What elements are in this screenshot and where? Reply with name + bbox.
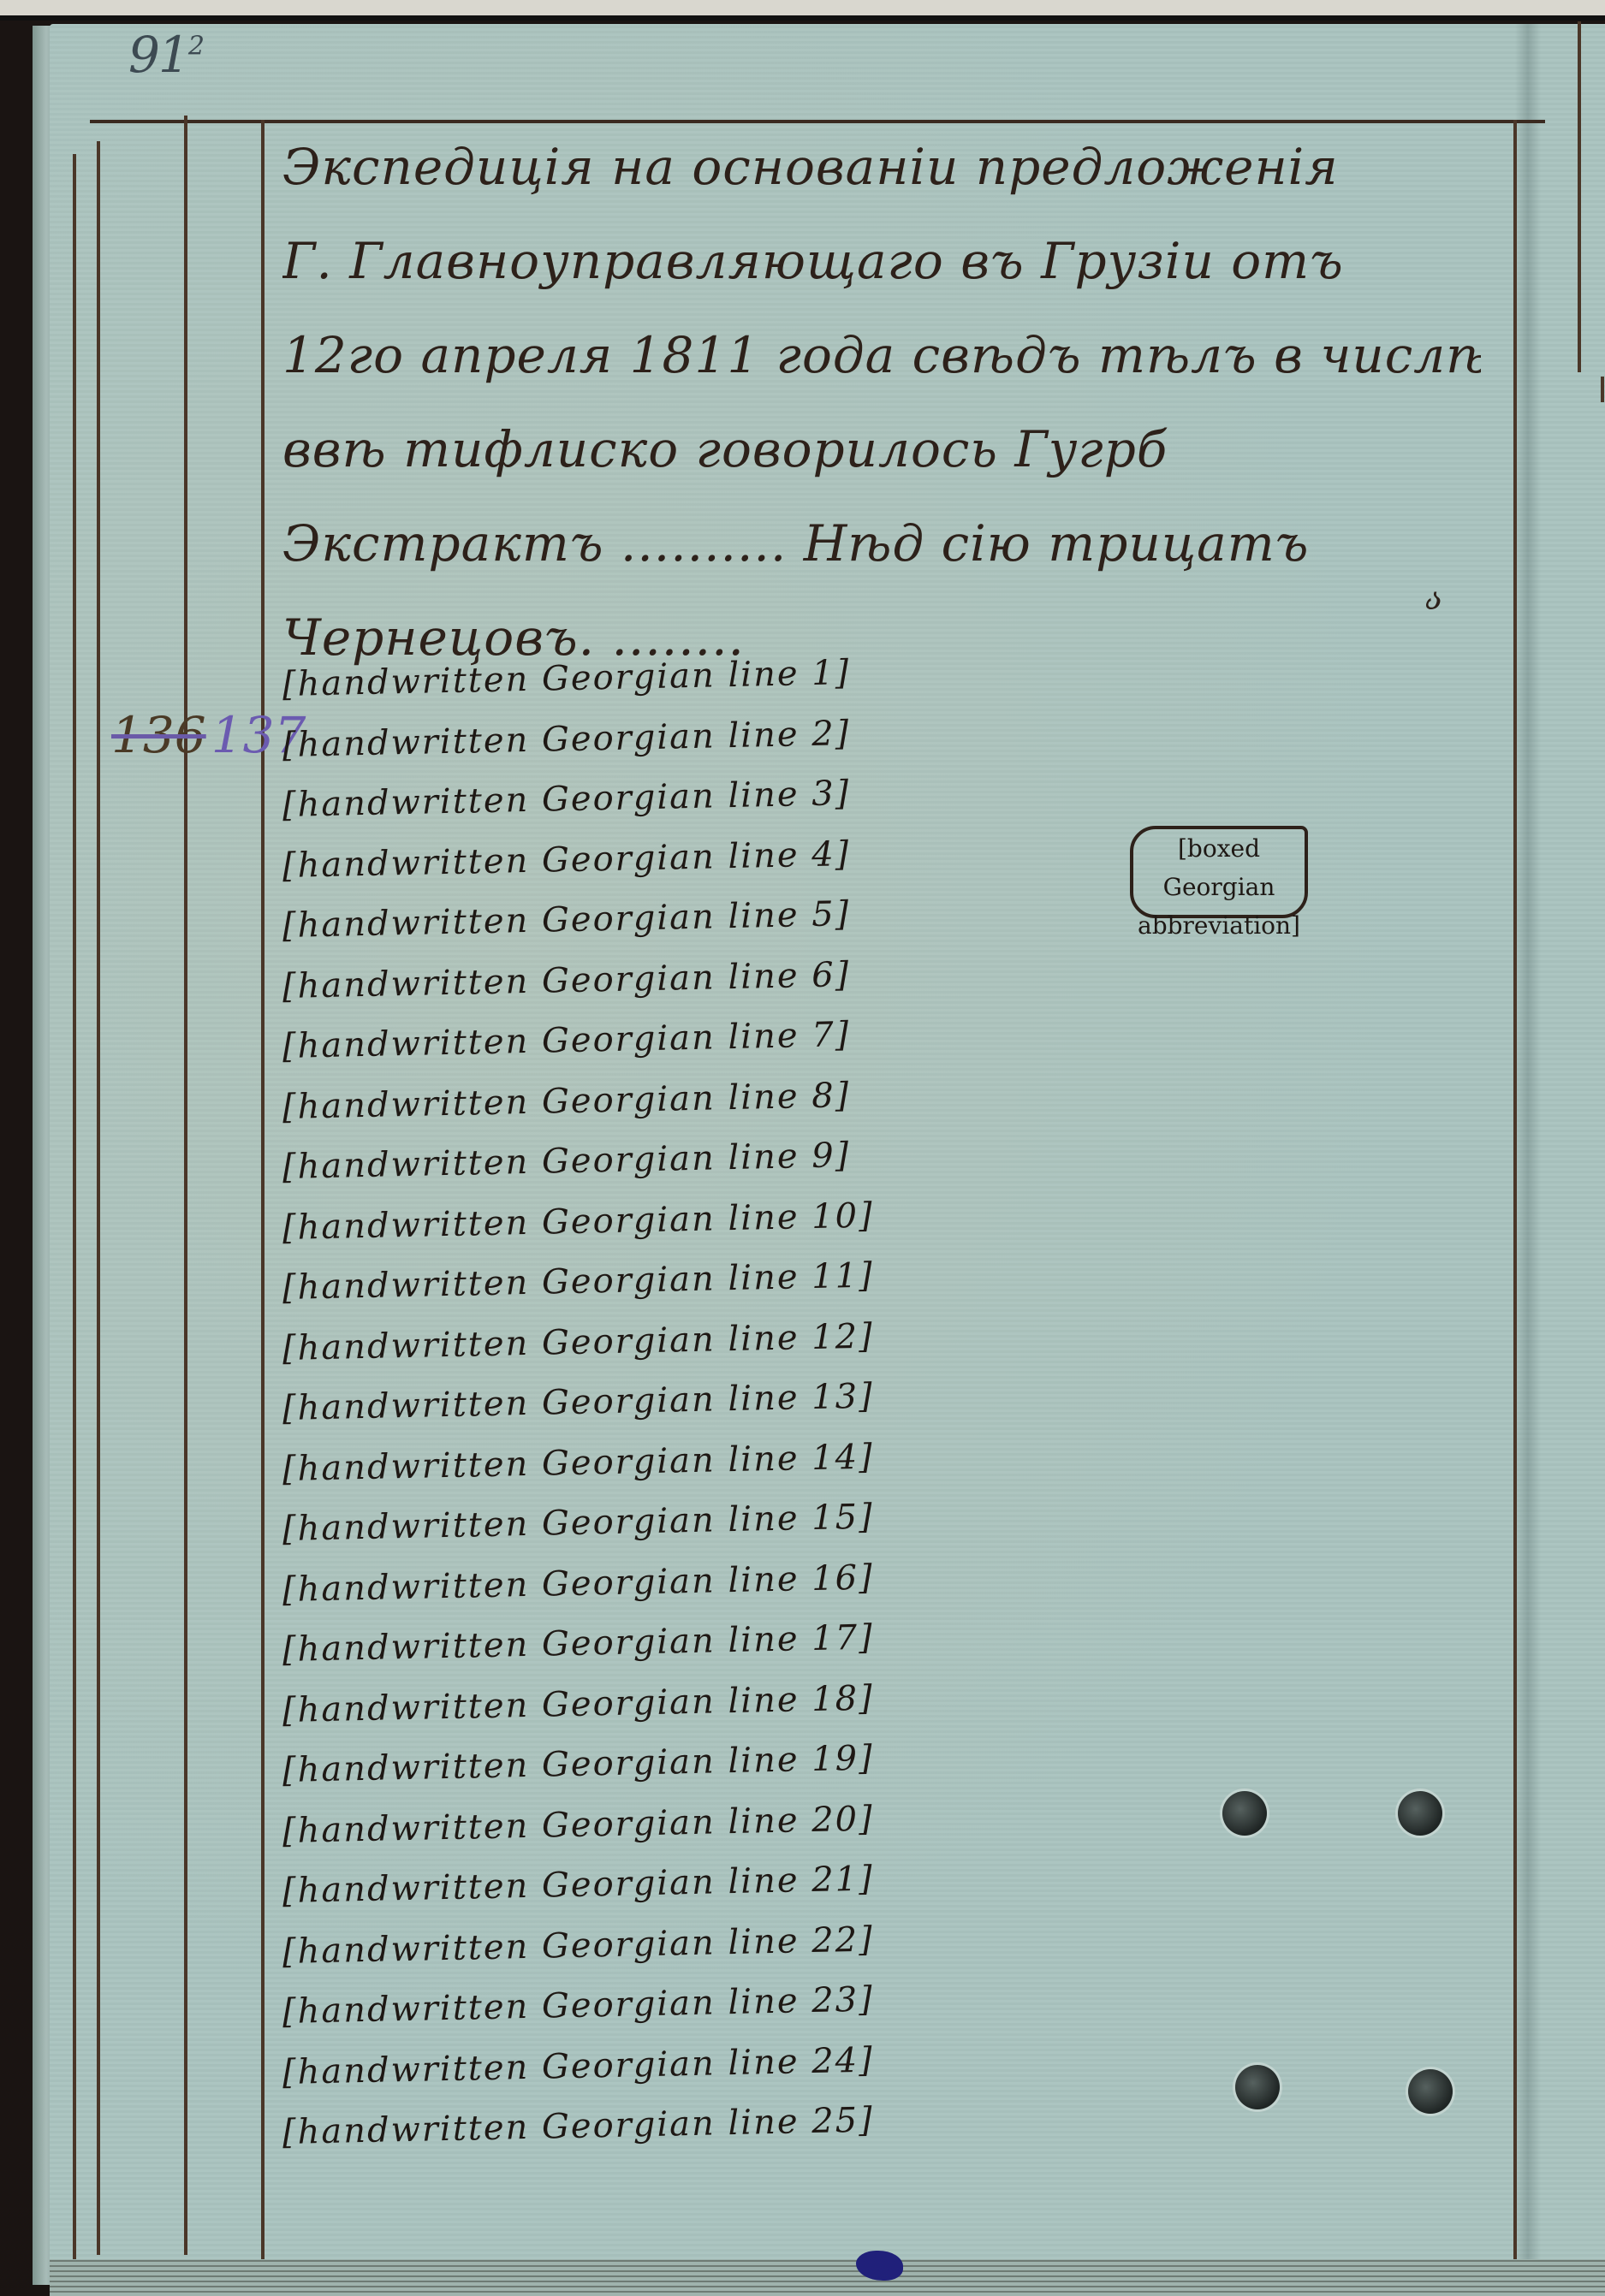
binding-hole [1398,1791,1442,1836]
heading-line: ввѣ тифлиско говорилось Гугрб [282,402,1481,496]
facing-page-rule-2 [1601,377,1604,402]
binding-hole [1235,2065,1280,2109]
binding-hole [1408,2069,1453,2114]
heading-line: Экстрактъ .......... Нѣд сію трицатъ [282,496,1481,590]
binding-hole [1222,1791,1267,1836]
entry-number-crossed-out: 136 [111,706,206,764]
folio-suffix: 2 [188,32,203,62]
margin-rule-1 [73,154,76,2259]
page-fold [1515,24,1541,2285]
margin-rule-4 [261,120,265,2259]
heading-line: Экспедиція на основаніи предложенія [282,120,1481,214]
folio-number-value: 91 [128,26,188,84]
folio-number: 912 [128,26,203,84]
page-bottom-edge [50,2259,1605,2296]
georgian-margin-letter: ა [1425,582,1442,617]
margin-rule-2 [97,141,100,2255]
heading-line: 12го апреля 1811 года свѣдъ тѣлъ в числѣ [282,308,1481,402]
facing-page-rule [1578,21,1581,372]
heading-line: Г. Главноуправляющаго въ Грузіи отъ [282,214,1481,308]
margin-rule-3 [184,116,187,2255]
russian-heading: Экспедиція на основаніи предложенія Г. Г… [282,120,1481,685]
entry-number: 136137 [111,706,306,764]
boxed-abbreviation: [boxed Georgian abbreviation] [1130,826,1308,918]
right-rule [1513,120,1517,2259]
scanner-top-edge [0,0,1605,21]
